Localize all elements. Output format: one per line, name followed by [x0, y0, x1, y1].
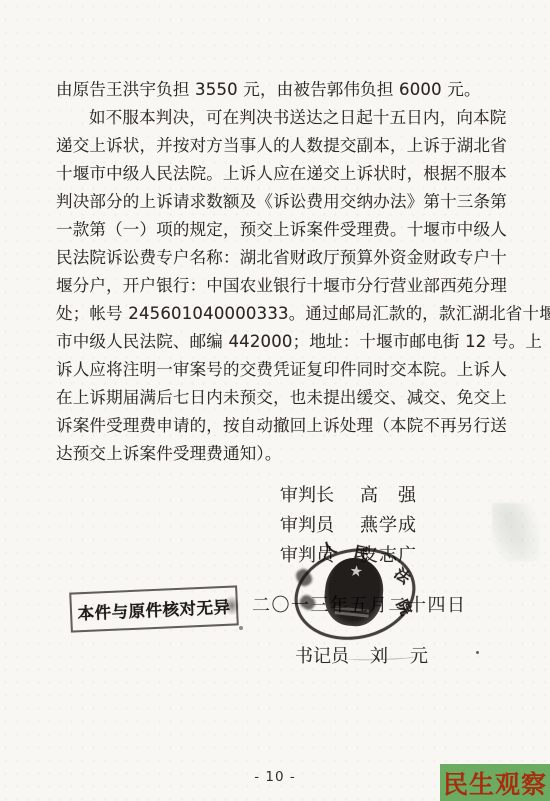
body-line: 由原告王洪宇负担 3550 元，由被告郭伟负担 6000 元。 — [56, 76, 504, 104]
body-line: 在上诉期届满后七日内未预交，也未提出缓交、减交、免交上 — [56, 384, 504, 412]
page-bleed-through-artifact — [492, 503, 540, 561]
verification-stamp: 本件与原件核对无异 — [69, 585, 239, 632]
body-line: 市中级人民法院、邮编 442000；地址：十堰市邮电街 12 号。上 — [56, 328, 504, 356]
body-line: 诉人应将注明一审案号的交费凭证复印件同时交本院。上诉人 — [56, 356, 504, 384]
emblem-gate-shape — [335, 611, 369, 618]
presiding-judge-row: 审判长 高 强 — [280, 481, 417, 511]
ink-speck — [476, 651, 479, 654]
clerk-signature-row: 书记员 刘 元 — [295, 642, 430, 668]
clerk-role-label: 书记员 — [295, 642, 370, 668]
body-line: 处；帐号 245601040000333。通过邮局汇款的，款汇湖北省十堰 — [56, 300, 504, 328]
body-line: 十堰市中级人民法院。上诉人应在递交上诉状时，根据不服本 — [56, 160, 504, 188]
judge-row: 审判员 燕学成 — [280, 511, 417, 541]
ink-speck — [239, 626, 243, 630]
scanned-judgment-page: 由原告王洪宇负担 3550 元，由被告郭伟负担 6000 元。 如不服本判决，可… — [0, 0, 550, 801]
verification-stamp-text: 本件与原件核对无异 — [77, 594, 231, 625]
body-line: 如不服本判决，可在判决书送达之日起十五日内，向本院 — [56, 104, 504, 132]
judge-name: 高 强 — [360, 481, 417, 511]
judge-role-label: 审判长 — [280, 481, 360, 511]
body-line: 递交上诉状，并按对方当事人的人数提交副本，上诉于湖北省 — [56, 132, 504, 160]
watermark-text: 民生观察 — [443, 765, 547, 801]
body-line: 达预交上诉案件受理费通知）。 — [56, 440, 504, 468]
court-seal: ★ 人 民 法 院 — [294, 549, 416, 639]
body-line: 民法院诉讼费专户名称：湖北省财政厅预算外资金财政专户十 — [56, 244, 504, 272]
body-line: 一款第（一）项的规定，预交上诉案件受理费。十堰市中级人 — [56, 216, 504, 244]
judge-role-label: 审判员 — [280, 511, 360, 541]
body-line: 判决部分的上诉请求数额及《诉讼费用交纳办法》第十三条第 — [56, 188, 504, 216]
body-line: 诉案件受理费申请的，按自动撤回上诉处理（本院不再另行送 — [56, 412, 504, 440]
judgment-body-text: 由原告王洪宇负担 3550 元，由被告郭伟负担 6000 元。 如不服本判决，可… — [56, 76, 504, 468]
judge-name: 燕学成 — [360, 511, 417, 541]
watermark-badge: 民生观察 — [440, 764, 550, 801]
body-line: 堰分户，开户银行：中国农业银行十堰市分行营业部西苑分理 — [56, 272, 504, 300]
